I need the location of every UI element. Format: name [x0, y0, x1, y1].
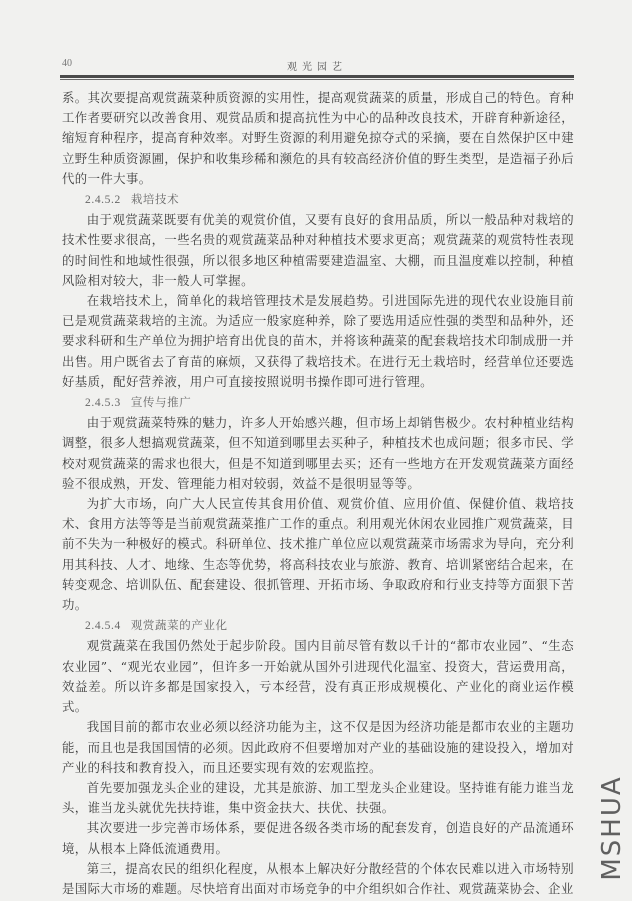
header-rule-thin	[60, 79, 574, 80]
section-title: 宣传与推广	[131, 395, 192, 409]
paragraph: 由于观赏蔬菜特殊的魅力，许多人开始感兴趣，但市场上却销售极少。农村种植业结构调整…	[62, 413, 574, 494]
body-text: 系。其次要提高观赏蔬菜种质资源的实用性，提高观赏蔬菜的质量，形成自己的特色。育种…	[62, 88, 574, 899]
watermark-text: MSHUA	[597, 775, 627, 880]
section-number: 2.4.5.4	[85, 620, 121, 632]
paragraph: 为扩大市场，向广大人民宣传其食用价值、观赏价值、应用价值、保健价值、栽培技术、食…	[62, 494, 574, 615]
paragraph: 观赏蔬菜在我国仍然处于起步阶段。国内目前尽管有数以千计的“都市农业园”、“生态农…	[62, 636, 574, 717]
paragraph: 系。其次要提高观赏蔬菜种质资源的实用性，提高观赏蔬菜的质量，形成自己的特色。育种…	[62, 88, 574, 189]
section-title: 观赏蔬菜的产业化	[131, 618, 228, 632]
paragraph: 由于观赏蔬菜既要有优美的观赏价值，又要有良好的食用品质，所以一般品种对栽培的技术…	[62, 210, 574, 291]
book-page: 40 观光园艺 系。其次要提高观赏蔬菜种质资源的实用性，提高观赏蔬菜的质量，形成…	[0, 0, 632, 901]
section-heading: 2.4.5.3宣传与推广	[62, 392, 574, 413]
section-heading: 2.4.5.2栽培技术	[62, 189, 574, 210]
paragraph: 在栽培技术上，简单化的栽培管理技术是发展趋势。引进国际先进的现代农业设施目前已是…	[62, 291, 574, 392]
page-header: 40 观光园艺	[60, 58, 574, 74]
section-number: 2.4.5.2	[85, 194, 121, 206]
running-title: 观光园艺	[60, 58, 574, 73]
section-number: 2.4.5.3	[85, 397, 121, 409]
paragraph: 其次要进一步完善市场体系，要促进各级各类市场的配套发育，创造良好的产品流通环境，…	[62, 818, 574, 858]
watermark: MSHUA	[598, 758, 626, 898]
paragraph: 第三，提高农民的组织化程度，从根本上解决好分散经营的个体农民难以进入市场特别是国…	[62, 859, 574, 899]
paragraph: 我国目前的都市农业必须以经济功能为主，这不仅是因为经济功能是都市农业的主题功能，…	[62, 717, 574, 778]
paragraph: 首先要加强龙头企业的建设，尤其是旅游、加工型龙头企业建设。坚持谁有能力谁当龙头，…	[62, 778, 574, 818]
section-title: 栽培技术	[131, 192, 179, 206]
header-rule-thick	[60, 75, 574, 78]
section-heading: 2.4.5.4观赏蔬菜的产业化	[62, 615, 574, 636]
